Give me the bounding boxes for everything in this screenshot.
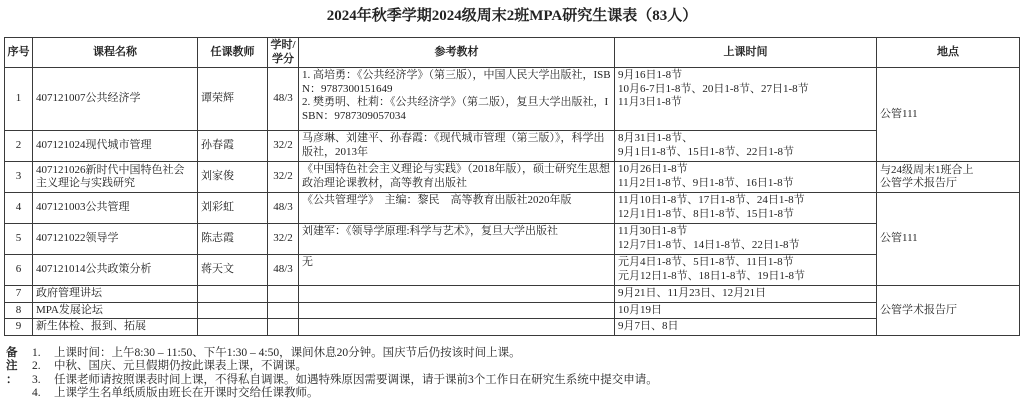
hours-credits: 32/2 — [268, 131, 299, 162]
location: 公管学术报告厅 — [877, 286, 1020, 336]
text-line: 12月1日1-8节、8日1-8节、15日1-8节 — [618, 208, 873, 222]
text-line: 公管学术报告厅 — [880, 177, 1016, 191]
column-header: 课程名称 — [33, 38, 198, 68]
location: 公管111 — [877, 68, 1020, 162]
teacher-name: 蒋天文 — [198, 255, 268, 286]
course-name: MPA发展论坛 — [33, 302, 198, 319]
hours-credits: 32/2 — [268, 224, 299, 255]
reference-materials: 1. 高培勇：《公共经济学》（第三版），中国人民大学出版社，ISBN：97873… — [299, 68, 615, 131]
text-line: 刘建军：《领导学原理:科学与艺术》，复旦大学出版社 — [302, 225, 611, 239]
note-text: 上课学生名单纸质版由班长在开课时交给任课教师。 — [54, 387, 319, 401]
text-line: 与24级周末1班合上 — [880, 164, 1016, 178]
course-name: 407121007公共经济学 — [33, 68, 198, 131]
text-line: 元月12日1-8节、18日1-8节、19日1-8节 — [618, 270, 873, 284]
table-row: 1407121007公共经济学谭荣辉48/31. 高培勇：《公共经济学》（第三版… — [5, 68, 1020, 131]
class-time: 元月4日1-8节、5日1-8节、11日1-8节元月12日1-8节、18日1-8节… — [615, 255, 877, 286]
text-line: 9月21日、11月23日、12月21日 — [618, 287, 873, 301]
course-name: 407121024现代城市管理 — [33, 131, 198, 162]
text-line: 11月10日1-8节、17日1-8节、24日1-8节 — [618, 194, 873, 208]
note-number: 1. — [32, 347, 54, 361]
text-line: 10月19日 — [618, 304, 873, 318]
table-row: 3407121026新时代中国特色社会主义理论与实践研究刘家俊32/2《中国特色… — [5, 162, 1020, 193]
row-number: 1 — [5, 68, 33, 131]
course-name: 政府管理讲坛 — [33, 286, 198, 303]
note-text: 上课时间：上午8:30 – 11:50、下午1:30 – 4:50，课间休息20… — [54, 347, 521, 361]
hours-credits: 48/3 — [268, 255, 299, 286]
row-number: 5 — [5, 224, 33, 255]
reference-materials — [299, 302, 615, 319]
reference-materials: 《中国特色社会主义理论与实践》（2018年版），硕士研究生思想政治理论课教材，高… — [299, 162, 615, 193]
hours-credits: 48/3 — [268, 68, 299, 131]
row-number: 3 — [5, 162, 33, 193]
notes-label-char: ： — [6, 374, 32, 388]
location: 公管111 — [877, 193, 1020, 286]
column-header: 学时/学分 — [268, 38, 299, 68]
location: 与24级周末1班合上公管学术报告厅 — [877, 162, 1020, 193]
notes-section: 备 注 ： 1.上课时间：上午8:30 – 11:50、下午1:30 – 4:5… — [6, 347, 1024, 401]
text-line: 2. 樊勇明、杜莉：《公共经济学》（第二版），复旦大学出版社，ISBN：9787… — [302, 96, 611, 123]
table-header: 序号课程名称任课教师学时/学分参考教材上课时间地点 — [5, 38, 1020, 68]
text-line: 公管111 — [880, 232, 1016, 246]
course-name: 407121014公共政策分析 — [33, 255, 198, 286]
text-line: 9月1日1-8节、15日1-8节、22日1-8节 — [618, 146, 873, 160]
schedule-body: 1407121007公共经济学谭荣辉48/31. 高培勇：《公共经济学》（第三版… — [5, 68, 1020, 336]
notes-label-char: 备 — [6, 347, 32, 361]
note-item: 3.任课老师请按照课表时间上课，不得私自调课。如遇特殊原因需要调课，请于课前3个… — [32, 374, 658, 388]
row-number: 7 — [5, 286, 33, 303]
text-line: 10月26日1-8节 — [618, 163, 873, 177]
note-text: 中秋、国庆、元旦假期仍按此课表上课，不调课。 — [54, 360, 307, 374]
reference-materials: 无 — [299, 255, 615, 286]
reference-materials — [299, 319, 615, 336]
text-line: 11月3日1-8节 — [618, 96, 873, 110]
text-line: 无 — [302, 256, 611, 270]
row-number: 9 — [5, 319, 33, 336]
note-number: 4. — [32, 387, 54, 401]
text-line: 12月7日1-8节、14日1-8节、22日1-8节 — [618, 239, 873, 253]
page-title: 2024年秋季学期2024级周末2班MPA研究生课表（83人） — [0, 0, 1024, 25]
note-number: 2. — [32, 360, 54, 374]
course-schedule-table: 序号课程名称任课教师学时/学分参考教材上课时间地点 1407121007公共经济… — [4, 37, 1020, 336]
hours-credits — [268, 302, 299, 319]
column-header: 上课时间 — [615, 38, 877, 68]
class-time: 9月21日、11月23日、12月21日 — [615, 286, 877, 303]
reference-materials: 刘建军：《领导学原理:科学与艺术》，复旦大学出版社 — [299, 224, 615, 255]
row-number: 6 — [5, 255, 33, 286]
class-time: 9月16日1-8节10月6-7日1-8节、20日1-8节、27日1-8节11月3… — [615, 68, 877, 131]
table-row: 5407121022领导学陈志霞32/2刘建军：《领导学原理:科学与艺术》，复旦… — [5, 224, 1020, 255]
text-line: 9月7日、8日 — [618, 320, 873, 334]
text-line: 9月16日1-8节 — [618, 69, 873, 83]
text-line: 公管111 — [880, 108, 1016, 122]
text-line: 公管学术报告厅 — [880, 304, 1016, 318]
reference-materials: 马彦琳、刘建平、孙春霞：《现代城市管理（第三版）》，科学出版社，2013年 — [299, 131, 615, 162]
course-name: 新生体检、报到、拓展 — [33, 319, 198, 336]
teacher-name: 刘家俊 — [198, 162, 268, 193]
text-line: 11月2日1-8节、9日1-8节、16日1-8节 — [618, 177, 873, 191]
course-name: 407121026新时代中国特色社会主义理论与实践研究 — [33, 162, 198, 193]
row-number: 2 — [5, 131, 33, 162]
table-row: 4407121003公共管理刘彩虹48/3《公共管理学》 主编：黎民 高等教育出… — [5, 193, 1020, 224]
table-row: 7政府管理讲坛9月21日、11月23日、12月21日公管学术报告厅 — [5, 286, 1020, 303]
table-row: 9新生体检、报到、拓展9月7日、8日 — [5, 319, 1020, 336]
teacher-name: 谭荣辉 — [198, 68, 268, 131]
class-time: 10月26日1-8节11月2日1-8节、9日1-8节、16日1-8节 — [615, 162, 877, 193]
teacher-name — [198, 319, 268, 336]
teacher-name: 刘彩虹 — [198, 193, 268, 224]
column-header: 序号 — [5, 38, 33, 68]
course-name: 407121003公共管理 — [33, 193, 198, 224]
note-item: 1.上课时间：上午8:30 – 11:50、下午1:30 – 4:50，课间休息… — [32, 347, 658, 361]
text-line: 1. 高培勇：《公共经济学》（第三版），中国人民大学出版社，ISBN：97873… — [302, 69, 611, 96]
notes-list: 1.上课时间：上午8:30 – 11:50、下午1:30 – 4:50，课间休息… — [32, 347, 658, 401]
text-line: 《中国特色社会主义理论与实践》（2018年版），硕士研究生思想政治理论课教材，高… — [302, 163, 611, 190]
text-line: 马彦琳、刘建平、孙春霞：《现代城市管理（第三版）》，科学出版社，2013年 — [302, 132, 611, 159]
hours-credits — [268, 286, 299, 303]
row-number: 4 — [5, 193, 33, 224]
reference-materials: 《公共管理学》 主编：黎民 高等教育出版社2020年版 — [299, 193, 615, 224]
column-header: 参考教材 — [299, 38, 615, 68]
table-row: 8MPA发展论坛10月19日 — [5, 302, 1020, 319]
hours-credits: 48/3 — [268, 193, 299, 224]
class-time: 8月31日1-8节、9月1日1-8节、15日1-8节、22日1-8节 — [615, 131, 877, 162]
class-time: 11月10日1-8节、17日1-8节、24日1-8节12月1日1-8节、8日1-… — [615, 193, 877, 224]
note-number: 3. — [32, 374, 54, 388]
note-item: 2.中秋、国庆、元旦假期仍按此课表上课，不调课。 — [32, 360, 658, 374]
text-line: 11月30日1-8节 — [618, 225, 873, 239]
table-row: 2407121024现代城市管理孙春霞32/2马彦琳、刘建平、孙春霞：《现代城市… — [5, 131, 1020, 162]
hours-credits — [268, 319, 299, 336]
text-line: 元月4日1-8节、5日1-8节、11日1-8节 — [618, 256, 873, 270]
hours-credits: 32/2 — [268, 162, 299, 193]
column-header: 任课教师 — [198, 38, 268, 68]
text-line: 8月31日1-8节、 — [618, 132, 873, 146]
note-item: 4.上课学生名单纸质版由班长在开课时交给任课教师。 — [32, 387, 658, 401]
note-text: 任课老师请按照课表时间上课，不得私自调课。如遇特殊原因需要调课，请于课前3个工作… — [54, 374, 658, 388]
teacher-name — [198, 286, 268, 303]
class-time: 9月7日、8日 — [615, 319, 877, 336]
text-line: 10月6-7日1-8节、20日1-8节、27日1-8节 — [618, 83, 873, 97]
column-header: 地点 — [877, 38, 1020, 68]
header-row: 序号课程名称任课教师学时/学分参考教材上课时间地点 — [5, 38, 1020, 68]
text-line: 《公共管理学》 主编：黎民 高等教育出版社2020年版 — [302, 194, 611, 208]
teacher-name: 孙春霞 — [198, 131, 268, 162]
reference-materials — [299, 286, 615, 303]
notes-label-char: 注 — [6, 360, 32, 374]
notes-label: 备 注 ： — [6, 347, 32, 401]
teacher-name: 陈志霞 — [198, 224, 268, 255]
teacher-name — [198, 302, 268, 319]
course-name: 407121022领导学 — [33, 224, 198, 255]
class-time: 11月30日1-8节12月7日1-8节、14日1-8节、22日1-8节 — [615, 224, 877, 255]
table-row: 6407121014公共政策分析蒋天文48/3无元月4日1-8节、5日1-8节、… — [5, 255, 1020, 286]
row-number: 8 — [5, 302, 33, 319]
class-time: 10月19日 — [615, 302, 877, 319]
